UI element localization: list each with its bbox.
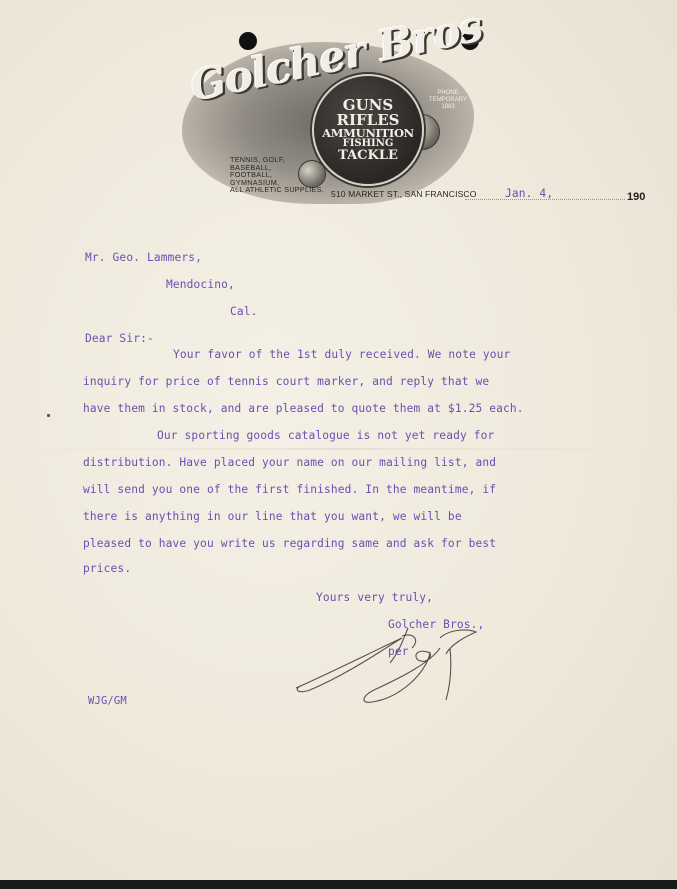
body-line: distribution. Have placed your name on o… bbox=[83, 456, 496, 469]
typist-initials: WJG/GM bbox=[88, 695, 127, 707]
letter-date: Jan. 4, bbox=[505, 187, 553, 200]
handwritten-signature bbox=[290, 618, 490, 708]
sports-line: ALL ATHLETIC SUPPLIES. bbox=[230, 186, 324, 194]
body-line: prices. bbox=[83, 562, 131, 575]
phone-number: 1883 bbox=[426, 104, 470, 111]
body-line: inquiry for price of tennis court marker… bbox=[83, 375, 489, 388]
paper-fold-line bbox=[0, 448, 677, 450]
phone-label: PHONE bbox=[426, 90, 470, 97]
recipient-name: Mr. Geo. Lammers, bbox=[85, 251, 202, 264]
company-address: 510 MARKET ST., SAN FRANCISCO bbox=[331, 189, 477, 199]
phone-info: PHONE TEMPORARY 1883 bbox=[426, 90, 470, 111]
year-prefix: 190 bbox=[627, 191, 645, 203]
body-line: have them in stock, and are pleased to q… bbox=[83, 402, 524, 415]
body-line: Our sporting goods catalogue is not yet … bbox=[157, 429, 494, 442]
body-line: pleased to have you write us regarding s… bbox=[83, 537, 496, 550]
closing: Yours very truly, bbox=[316, 591, 433, 604]
body-line: there is anything in our line that you w… bbox=[83, 510, 462, 523]
letter-paper: Golcher Bros GUNS RIFLES AMMUNITION FISH… bbox=[0, 0, 677, 880]
phone-label: TEMPORARY bbox=[426, 97, 470, 104]
emblem-line: TACKLE bbox=[338, 149, 398, 162]
body-line: will send you one of the first finished.… bbox=[83, 483, 496, 496]
recipient-state: Cal. bbox=[230, 305, 258, 318]
paper-speck bbox=[47, 414, 50, 417]
letterhead: Golcher Bros GUNS RIFLES AMMUNITION FISH… bbox=[180, 32, 480, 208]
body-line: Your favor of the 1st duly received. We … bbox=[173, 348, 510, 361]
recipient-city: Mendocino, bbox=[166, 278, 235, 291]
products-emblem: GUNS RIFLES AMMUNITION FISHING TACKLE bbox=[312, 74, 424, 186]
salutation: Dear Sir:- bbox=[85, 332, 154, 345]
sports-list: TENNIS, GOLF, BASEBALL, FOOTBALL, GYMNAS… bbox=[230, 156, 324, 194]
